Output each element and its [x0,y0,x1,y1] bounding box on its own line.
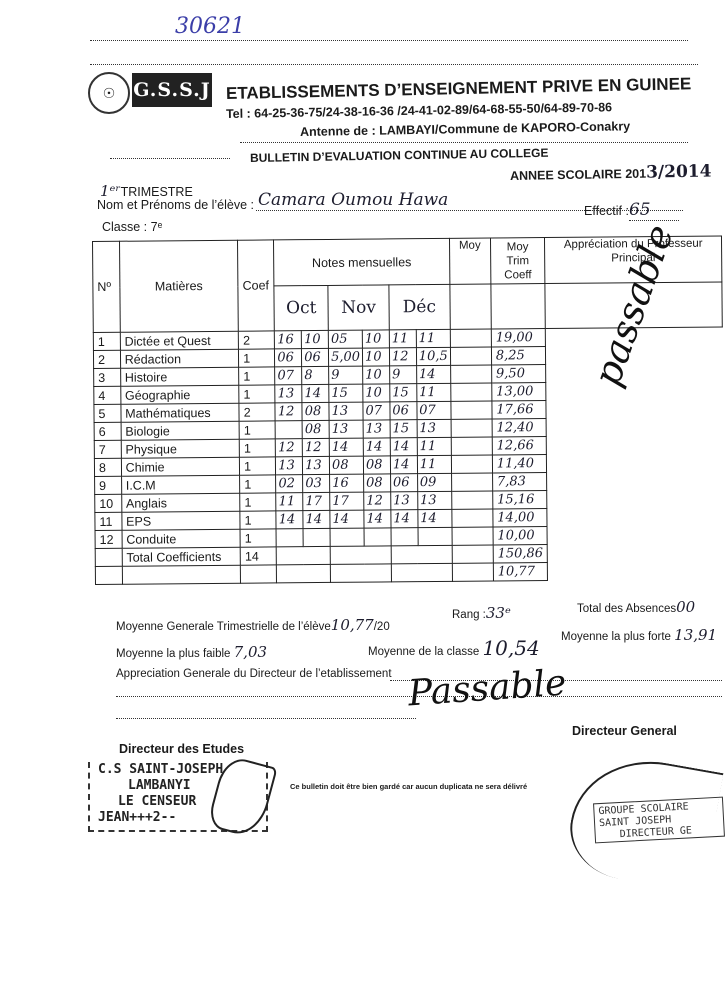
monthly-grade-value: 14 [393,439,410,454]
trimester-average-value: 8,25 [496,348,525,363]
monthly-grade-value: 07 [277,368,294,383]
class-size-label: Effectif : [584,204,629,218]
final-average: 10,77 [493,563,548,581]
monthly-grade: 9 [389,366,416,384]
monthly-grade: 14 [276,511,303,529]
monthly-grade: 06 [275,349,302,367]
monthly-grade-value: 12 [392,349,409,364]
monthly-grade: 13 [276,457,303,475]
monthly-grade: 12 [275,403,302,421]
monthly-grade: 10,5 [416,347,450,365]
total-label: Total Coefficients [122,547,241,566]
monthly-grade: 05 [328,330,362,348]
blank [95,566,122,584]
monthly-grade [418,527,452,545]
monthly-grade: 14 [302,384,329,402]
monthly-grade-value: 13 [305,458,322,473]
divider [90,64,698,65]
monthly-grade: 08 [329,456,363,474]
average [450,365,491,383]
rank: Rang :33ᵉ [452,604,511,622]
monthly-grade-value: 16 [277,332,294,347]
director-studies-label: Directeur des Etudes [119,742,244,756]
trimester-average: 12,66 [492,437,547,455]
monthly-grade [276,529,303,547]
subject-coef: 1 [240,529,276,547]
bulletin-title: BULLETIN D’EVALUATION CONTINUE AU COLLEG… [250,146,549,165]
subject-coef: 1 [239,439,275,457]
monthly-grade: 13 [303,456,330,474]
monthly-grade-value: 8 [304,368,312,383]
trimester-average-value: 7,83 [497,474,526,489]
header-moy-trim: Moy Trim Coeff [490,238,545,284]
subject-name: Anglais [121,493,240,512]
divider [110,158,230,159]
monthly-grade: 08 [364,474,391,492]
average [452,509,493,527]
monthly-grade: 5,00 [328,348,362,366]
monthly-grade: 14 [418,509,452,527]
monthly-grade-value: 06 [277,350,294,365]
monthly-grade: 13 [329,402,363,420]
monthly-grade: 17 [330,492,364,510]
student-name-label: Nom et Prénoms de l’élève : [97,198,254,212]
class-average-value: 10,54 [482,636,539,660]
monthly-grade: 13 [417,419,451,437]
monthly-grade-value: 11 [419,385,436,400]
monthly-grade-value: 13 [419,421,436,436]
month-nov: Nov [328,285,389,331]
average [450,383,491,401]
monthly-grade-value: 07 [419,403,436,418]
monthly-grade: 07 [275,367,302,385]
monthly-grade-value: 11 [420,457,437,472]
monthly-grade: 12 [389,348,416,366]
row-number: 1 [93,332,120,350]
monthly-grade-value: 12 [366,493,383,508]
subject-name: Mathématiques [121,403,240,422]
monthly-grade-value: 9 [392,367,400,382]
monthly-grade-value: 13 [332,422,349,437]
monthly-grade-value: 5,00 [331,350,360,365]
monthly-grade: 10 [363,366,390,384]
subject-coef: 1 [240,457,276,475]
monthly-grade: 16 [330,474,364,492]
monthly-grade: 15 [390,384,417,402]
monthly-grade [391,528,418,546]
monthly-grade-value: 9 [331,368,339,383]
stamp-right: GROUPE SCOLAIRE SAINT JOSEPH DIRECTEUR G… [593,797,725,844]
trimester-average-value: 11,40 [497,456,534,471]
monthly-grade-value: 11 [392,331,409,346]
monthly-grade: 06 [302,348,329,366]
monthly-grade: 08 [302,420,329,438]
monthly-grade-value: 11 [279,494,296,509]
monthly-grade: 11 [417,437,451,455]
trimester-average-value: 9,50 [496,366,525,381]
monthly-grade: 13 [363,420,390,438]
school-address: Antenne de : LAMBAYI/Commune de KAPORO-C… [300,119,630,139]
subject-coef: 2 [238,331,274,349]
monthly-grade: 11 [417,383,451,401]
monthly-grade: 9 [329,366,363,384]
monthly-grade-value: 13 [278,386,295,401]
monthly-grade-value: 14 [332,440,349,455]
row-number: 4 [94,386,121,404]
moy-trim-blank [491,284,546,329]
highest-average-label: Moyenne la plus forte [561,631,671,643]
monthly-grade-value: 15 [331,386,348,401]
monthly-grade: 14 [330,510,364,528]
monthly-grade-value: 10,5 [419,349,448,364]
monthly-grade-value: 15 [392,385,409,400]
monthly-grade: 08 [302,402,329,420]
grades-table: Nº Matières Coef Notes mensuelles Moy Mo… [92,236,725,585]
monthly-grade-value: 12 [278,404,295,419]
row-number: 9 [95,476,122,494]
row-number: 3 [94,368,121,386]
row-number: 10 [95,494,122,512]
average [451,437,492,455]
monthly-grade: 12 [302,438,329,456]
monthly-grade-value: 16 [332,476,349,491]
monthly-grade: 14 [363,438,390,456]
monthly-grade-value: 06 [392,403,409,418]
total-points: 150,86 [493,545,548,563]
notice-text: Ce bulletin doit être bien gardé car auc… [290,782,527,791]
trimester-average: 8,25 [491,347,546,365]
trimester-average-value: 12,66 [497,438,534,453]
monthly-grade-value: 14 [304,386,321,401]
average [450,329,491,347]
monthly-grade: 11 [389,330,416,348]
monthly-grade: 10 [363,384,390,402]
month-oct: Oct [274,285,328,330]
absences-value: 00 [676,598,695,616]
subject-name: Biologie [121,421,240,440]
highest-average-value: 13,91 [674,626,717,644]
subject-coef: 1 [239,367,275,385]
monthly-grade: 11 [276,493,303,511]
general-average-value: 10,77 [331,616,374,634]
monthly-grade: 11 [417,455,451,473]
monthly-grade: 14 [416,365,450,383]
trimester-average-value: 14,00 [497,510,534,525]
trimester-average-value: 13,00 [496,384,533,399]
monthly-grade-value: 13 [331,404,348,419]
row-number: 12 [95,530,122,548]
monthly-grade [330,528,364,546]
subject-name: Histoire [120,367,239,386]
school-year: ANNEE SCOLAIRE 2013/2014 [510,161,712,185]
row-number: 8 [94,458,121,476]
monthly-grade: 16 [275,331,302,349]
class-average-label: Moyenne de la classe [368,646,479,658]
monthly-grade-value: 12 [305,440,322,455]
trimester-average-value: 17,66 [496,402,533,417]
school-phone: Tel : 64-25-36-75/24-38-16-36 /24-41-02-… [226,100,612,121]
monthly-grade-value: 08 [305,404,322,419]
monthly-grade-value: 12 [278,440,295,455]
trimester-average: 13,00 [492,383,547,401]
monthly-grade-value: 08 [366,457,383,472]
row-number: 7 [94,440,121,458]
subject-coef: 1 [239,349,275,367]
blank [240,565,276,583]
header-moy: Moy [449,238,491,284]
monthly-grade: 15 [329,384,363,402]
average [451,455,492,473]
trimester-average: 7,83 [492,473,547,491]
monthly-grade-value: 09 [420,475,437,490]
average [452,527,493,545]
total-points-value: 150,86 [497,546,543,561]
school-year-value: 3/2014 [646,161,712,182]
monthly-grade: 03 [303,474,330,492]
school-logo: G.S.S.J [132,73,212,107]
trimester-average: 10,00 [493,527,548,545]
monthly-grade: 11 [416,329,450,347]
total-coef: 14 [240,547,276,565]
monthly-grade-value: 14 [393,457,410,472]
monthly-grade-value: 11 [419,439,436,454]
monthly-grade-value: 08 [305,422,322,437]
general-average: Moyenne Generale Trimestrielle de l’élèv… [116,616,390,634]
row-number: 2 [93,350,120,368]
general-average-suffix: /20 [374,621,390,633]
blank [277,564,331,582]
subject-name: EPS [122,511,241,530]
subject-name: Chimie [121,457,240,476]
monthly-grade: 17 [303,492,330,510]
trimester-average-value: 19,00 [496,330,533,345]
monthly-grade: 14 [390,438,417,456]
monthly-grade-value: 17 [332,494,349,509]
monthly-grade-value: 02 [278,476,295,491]
monthly-grade: 07 [417,401,451,419]
blank [452,563,493,581]
monthly-grade-value: 13 [278,458,295,473]
monthly-grade: 8 [302,366,329,384]
trimester-average: 15,16 [493,491,548,509]
monthly-grade: 13 [391,492,418,510]
school-title: ETABLISSEMENTS D’ENSEIGNEMENT PRIVE EN G… [226,74,692,104]
month-dec: Déc [389,284,450,330]
divider [116,718,416,719]
average [451,473,492,491]
lowest-average: Moyenne la plus faible 7,03 [116,643,267,661]
blank [122,565,241,584]
subject-coef: 1 [239,421,275,439]
header-notes: Notes mensuelles [274,238,450,286]
monthly-grade: 08 [363,456,390,474]
monthly-grade-value: 06 [304,350,321,365]
trimester-label: TRIMESTRE [121,185,193,199]
trimester-average-value: 12,40 [496,420,533,435]
monthly-grade-value: 15 [392,421,409,436]
blank [391,563,452,582]
total-notes-blank [330,546,391,565]
subject-coef: 1 [240,475,276,493]
monthly-grade-value: 14 [419,367,436,382]
trimester-average-value: 15,16 [497,492,534,507]
rank-label: Rang : [452,609,486,621]
subject-name: Physique [121,439,240,458]
trimester-average: 14,00 [493,509,548,527]
monthly-grade-value: 17 [305,494,322,509]
total-moy-blank [452,545,493,563]
divider [90,40,688,41]
average [450,347,491,365]
trimester-average: 11,40 [492,455,547,473]
moy-blank [450,284,492,329]
reference-number: 30621 [175,14,245,39]
monthly-grade-value: 10 [365,331,382,346]
total-notes-blank [276,546,330,564]
header-no: Nº [93,241,120,332]
monthly-grade [303,528,330,546]
header-coef: Coef [238,240,275,331]
general-average-label: Moyenne Generale Trimestrielle de l’élèv… [116,621,331,633]
monthly-grade: 07 [363,402,390,420]
average [451,401,492,419]
monthly-grade: 10 [301,330,328,348]
subject-name: Conduite [122,529,241,548]
lowest-average-value: 7,03 [234,643,267,661]
monthly-grade-value: 06 [393,475,410,490]
monthly-grade-value: 13 [366,421,383,436]
average [451,491,492,509]
monthly-grade: 14 [391,510,418,528]
monthly-grade: 06 [390,474,417,492]
monthly-grade [275,421,302,439]
header-matieres: Matières [119,240,238,332]
highest-average: Moyenne la plus forte 13,91 [561,626,717,644]
trimester-average: 17,66 [492,401,547,419]
monthly-grade-value: 08 [366,475,383,490]
monthly-grade-value: 07 [365,403,382,418]
class-label: Classe : 7ᵉ [102,220,162,234]
divider [240,142,688,143]
final-average-value: 10,77 [498,564,535,579]
monthly-grade-value: 10 [304,332,321,347]
class-size: Effectif :65 [584,200,679,221]
subject-name: I.C.M [121,475,240,494]
class-average: Moyenne de la classe 10,54 [368,636,540,660]
row-number: 6 [94,422,121,440]
monthly-grade: 13 [417,491,451,509]
subject-name: Géographie [120,385,239,404]
subject-coef: 1 [240,511,276,529]
trimester-average: 12,40 [492,419,547,437]
monthly-grade-value: 14 [393,511,410,526]
school-seal-icon: ☉ [88,72,130,114]
monthly-grade-value: 14 [366,511,383,526]
monthly-grade: 14 [303,510,330,528]
subject-name: Rédaction [120,349,239,368]
monthly-grade: 15 [390,420,417,438]
monthly-grade: 14 [390,456,417,474]
subject-name: Dictée et Quest [120,331,239,350]
monthly-grade: 12 [276,439,303,457]
trimester-average: 19,00 [491,329,546,347]
monthly-grade-value: 11 [419,331,436,346]
monthly-grade: 14 [364,510,391,528]
monthly-grade-value: 05 [331,332,348,347]
monthly-grade-value: 14 [279,512,296,527]
school-year-label: ANNEE SCOLAIRE 201 [510,167,646,183]
average [451,419,492,437]
monthly-grade-value: 13 [420,493,437,508]
class-size-value: 65 [629,200,679,221]
total-notes-blank [391,545,452,564]
director-appreciation-value: Passable [407,663,568,715]
monthly-grade-value: 10 [365,385,382,400]
row-number: 11 [95,512,122,530]
trimester-average-value: 10,00 [497,528,534,543]
monthly-grade-value: 08 [332,458,349,473]
trimester-average: 9,50 [491,365,546,383]
monthly-grade: 13 [329,420,363,438]
monthly-grade: 14 [329,438,363,456]
monthly-grade [364,528,391,546]
absences: Total des Absences00 [577,598,695,616]
monthly-grade-value: 10 [365,367,382,382]
director-general-label: Directeur General [572,724,677,738]
rank-value: 33ᵉ [486,604,511,622]
monthly-grade: 10 [362,348,389,366]
lowest-average-label: Moyenne la plus faible [116,648,230,660]
absences-label: Total des Absences [577,603,676,615]
total-blank [95,548,122,566]
monthly-grade: 13 [275,385,302,403]
monthly-grade: 02 [276,475,303,493]
subject-coef: 2 [239,403,275,421]
monthly-grade-value: 14 [332,512,349,527]
monthly-grade-value: 10 [365,349,382,364]
blank [330,564,391,583]
subject-coef: 1 [240,493,276,511]
monthly-grade-value: 13 [393,493,410,508]
monthly-grade: 06 [390,402,417,420]
monthly-grade: 09 [417,473,451,491]
monthly-grade-value: 14 [306,512,323,527]
row-number: 5 [94,404,121,422]
monthly-grade-value: 03 [305,476,322,491]
monthly-grade-value: 14 [366,439,383,454]
monthly-grade-value: 14 [420,511,437,526]
monthly-grade: 12 [364,492,391,510]
director-appreciation-label: Appreciation Generale du Directeur de l’… [116,668,392,680]
monthly-grade: 10 [362,330,389,348]
appreciation-cell: passable [545,282,722,329]
subject-coef: 1 [239,385,275,403]
